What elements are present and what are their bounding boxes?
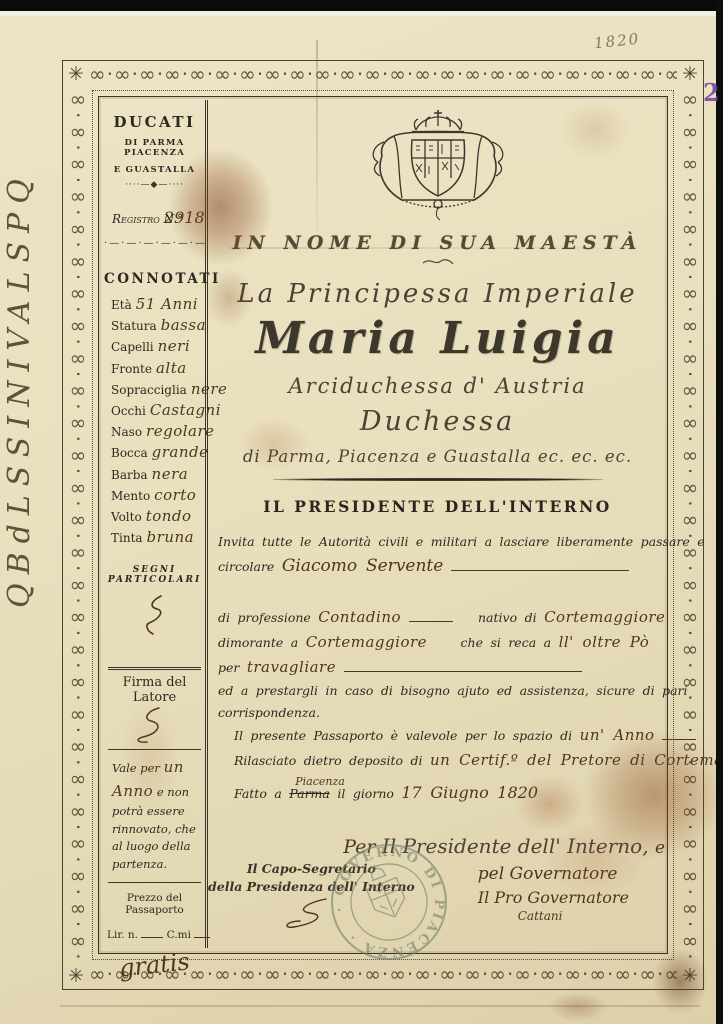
fill-line xyxy=(662,730,696,740)
connotati-label: Statura xyxy=(111,319,157,333)
professione-line: di professione Contadino nativo di Corte… xyxy=(218,606,657,629)
connotati-heading: CONNOTATI xyxy=(104,271,205,287)
connotati-list: Età51 AnniStaturabassaCapellineriFrontea… xyxy=(104,295,205,549)
registro-number-handwritten: 2918 xyxy=(164,208,205,227)
corner-rosette-icon: ✳ xyxy=(63,61,89,87)
corner-stamp-number: 2 xyxy=(703,78,720,107)
connotati-row: Boccagrande xyxy=(104,443,205,464)
duchessa-line: Duchessa xyxy=(216,406,659,437)
date-handwritten: 17 Giugno 1820 xyxy=(401,783,538,802)
bearer-name-handwritten: Giacomo Servente xyxy=(282,556,444,576)
divider-rule xyxy=(108,667,201,670)
president-heading: IL PRESIDENTE DELL'INTERNO xyxy=(216,497,659,516)
connotati-label: Barba xyxy=(111,468,148,482)
fatto-label: Fatto a xyxy=(234,786,282,801)
connotati-label: Bocca xyxy=(111,446,148,460)
place-correction: Parma Piacenza xyxy=(289,786,337,801)
duchies-subheading-1: DI PARMA PIACENZA xyxy=(104,138,205,158)
duchies-heading: DUCATI xyxy=(104,113,205,131)
border-chain-left: ∞·∞·∞·∞·∞·∞·∞·∞·∞·∞·∞·∞·∞·∞·∞·∞·∞·∞·∞·∞·… xyxy=(64,87,90,963)
coat-of-arms xyxy=(354,106,522,228)
segni-particolari-heading: SEGNI PARTICOLARI xyxy=(104,565,205,585)
connotati-row: Mentocorto xyxy=(104,486,205,507)
connotati-label: Naso xyxy=(111,425,142,439)
fill-line xyxy=(409,612,453,622)
arciduchessa-line: Arciduchessa d' Austria xyxy=(216,374,659,398)
giorno-label: il giorno xyxy=(337,786,394,801)
segni-flourish-mark xyxy=(104,593,205,641)
pro-governatore-handwritten: Il Pro Governatore xyxy=(478,888,629,907)
per-line: per travagliare xyxy=(218,656,657,679)
place-handwritten: Piacenza xyxy=(295,773,345,790)
connotati-value-handwritten: nera xyxy=(152,465,189,483)
connotati-value-handwritten: corto xyxy=(154,486,196,504)
connotati-value-handwritten: 51 Anni xyxy=(136,295,198,313)
price-cmi-label: C.mi xyxy=(167,929,191,941)
gratis-handwritten: gratis xyxy=(118,947,191,982)
governor-signature-block: pel Governatore Il Pro Governatore Catta… xyxy=(478,864,629,923)
connotati-label: Volto xyxy=(111,510,142,524)
small-flourish-ornament xyxy=(216,256,659,271)
connotati-value-handwritten: bruna xyxy=(147,528,195,546)
professione-handwritten: Contadino xyxy=(318,608,401,626)
connotati-row: OcchiCastagni xyxy=(104,401,205,422)
principessa-line: La Principessa Imperiale xyxy=(216,279,659,309)
fill-line xyxy=(451,561,629,571)
pel-governatore-handwritten: pel Governatore xyxy=(478,864,629,884)
duchies-subheading-2: E GUASTALLA xyxy=(104,165,205,175)
rilasciato-line: Rilasciato dietro deposito di un Certif.… xyxy=(218,749,657,772)
corner-rosette-icon: ✳ xyxy=(63,963,89,989)
fatto-line: Fatto a Parma Piacenza il giorno 17 Giug… xyxy=(218,781,657,806)
connotati-value-handwritten: grande xyxy=(152,443,209,461)
connotati-label: Capelli xyxy=(111,340,154,354)
connotati-row: Barbanera xyxy=(104,465,205,486)
professione-label: di professione xyxy=(218,610,311,625)
passport-body-text: Invita tutte le Autorità civili e milita… xyxy=(216,532,659,806)
corner-rosette-icon: ✳ xyxy=(677,61,703,87)
connotati-row: Tintabruna xyxy=(104,528,205,549)
firma-del-latore-label: Firma del Latore xyxy=(104,675,205,705)
in-nome-heading: IN NOME DI SUA MAESTÀ xyxy=(216,232,659,254)
main-column: IN NOME DI SUA MAESTÀ La Principessa Imp… xyxy=(216,100,659,948)
connotati-value-handwritten: regolare xyxy=(146,422,214,440)
connotati-label: Mento xyxy=(111,489,150,503)
deposit-handwritten: un Certif.º del Pretore di Cortemaggiore xyxy=(430,751,723,769)
e-handwritten: e xyxy=(655,838,665,858)
scan-edge-top xyxy=(0,0,723,11)
bearer-signature-flourish xyxy=(104,705,205,749)
connotati-value-handwritten: Castagni xyxy=(150,401,221,419)
territories-line: di Parma, Piacenza e Guastalla ec. ec. e… xyxy=(216,447,659,466)
connotati-label: Occhi xyxy=(111,404,146,418)
price-lir-label: Lir. n. xyxy=(107,929,138,941)
dimorante-label: dimorante a xyxy=(218,635,298,650)
invita-line: Invita tutte le Autorità civili e milita… xyxy=(218,532,657,551)
nativo-label: nativo di xyxy=(478,610,537,625)
destination-handwritten: ll' oltre Pò xyxy=(559,633,650,651)
ornament-rule: ····—◆—···· xyxy=(104,180,205,190)
signature-name-handwritten: Cattani xyxy=(518,909,629,923)
circolare-label: circolare xyxy=(218,559,274,574)
price-row: Lir. n. C.mi xyxy=(104,928,205,941)
price-stroke xyxy=(141,928,163,938)
connotati-row: Voltotondo xyxy=(104,507,205,528)
reca-label: che si reca a xyxy=(461,635,552,650)
price-heading: Prezzo del Passaporto xyxy=(104,892,205,916)
connotati-row: Nasoregolare xyxy=(104,422,205,443)
connotati-value-handwritten: neri xyxy=(158,337,191,355)
corner-rosette-icon: ✳ xyxy=(677,963,703,989)
connotati-label: Fronte xyxy=(111,362,152,376)
assistenza-line2: corrispondenza. xyxy=(218,703,657,722)
connotati-value-handwritten: alta xyxy=(156,359,187,377)
left-descriptor-column: DUCATI DI PARMA PIACENZA E GUASTALLA ···… xyxy=(104,100,208,948)
connotati-label: Tinta xyxy=(111,531,143,545)
validity-prefix: Vale per xyxy=(112,761,160,775)
divider-rule xyxy=(108,882,201,883)
connotati-row: Capellineri xyxy=(104,337,205,358)
assistenza-line1: ed a prestargli in caso di bisogno ajuto… xyxy=(218,681,657,700)
passport-document-photo: QBdLSSINIVALSPQ 1820 2 ∞·∞·∞·∞·∞·∞·∞·∞·∞… xyxy=(0,0,723,1024)
nativo-handwritten: Cortemaggiore xyxy=(544,608,665,626)
valevole-line: Il presente Passaporto è valevole per lo… xyxy=(218,724,657,747)
swelled-rule xyxy=(273,478,603,481)
per-label: per xyxy=(218,660,239,675)
border-chain-right: ∞·∞·∞·∞·∞·∞·∞·∞·∞·∞·∞·∞·∞·∞·∞·∞·∞·∞·∞·∞·… xyxy=(676,87,702,963)
dimorante-handwritten: Cortemaggiore xyxy=(306,633,427,651)
sovereign-name: Maria Luigia xyxy=(216,313,659,364)
circolare-line: circolare Giacomo Servente xyxy=(218,553,657,579)
connotati-row: Età51 Anni xyxy=(104,295,205,316)
border-chain-top: ∞·∞·∞·∞·∞·∞·∞·∞·∞·∞·∞·∞·∞·∞·∞·∞·∞·∞·∞·∞·… xyxy=(89,62,677,88)
connotati-label: Età xyxy=(111,298,132,312)
valevole-label: Il presente Passaporto è valevole per lo… xyxy=(234,728,572,743)
connotati-value-handwritten: tondo xyxy=(146,507,192,525)
connotati-label: Sopracciglia xyxy=(111,383,187,397)
rilasciato-label: Rilasciato dietro deposito di xyxy=(234,753,423,768)
fill-line xyxy=(344,662,582,672)
duration-handwritten: un' Anno xyxy=(580,726,655,744)
connotati-row: Frontealta xyxy=(104,359,205,380)
validity-note: Vale per un Anno e non potrà essere rinn… xyxy=(104,750,205,882)
purpose-handwritten: travagliare xyxy=(247,658,336,676)
connotati-value-handwritten: bassa xyxy=(161,316,206,334)
left-margin-inscription: QBdLSSINIVALSPQ xyxy=(2,78,50,608)
dash-rule: ·—·—·—·—·—·—· xyxy=(104,238,205,249)
connotati-row: Sopracciglianere xyxy=(104,380,205,401)
registro-row: Registro N.° 2918 xyxy=(104,212,205,226)
scan-edge-right xyxy=(716,0,723,1024)
dimorante-line: dimorante a Cortemaggiore che si reca a … xyxy=(218,631,657,654)
connotati-row: Staturabassa xyxy=(104,316,205,337)
